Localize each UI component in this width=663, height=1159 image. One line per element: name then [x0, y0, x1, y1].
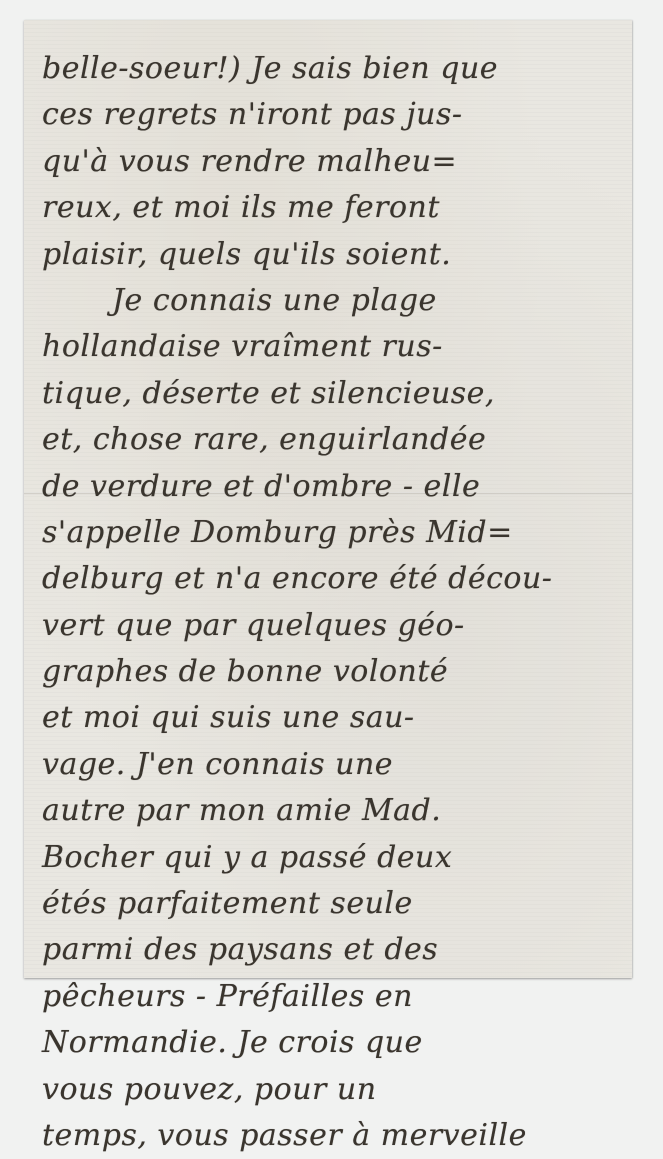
paragraph-start-line: Je connais une plage [42, 278, 618, 324]
text-line: vert que par quelques géo- [42, 603, 618, 649]
text-line: parmi des paysans et des [42, 927, 618, 973]
text-line: reux, et moi ils me feront [42, 185, 618, 231]
text-line: étés parfaitement seule [42, 881, 618, 927]
text-line: et moi qui suis une sau- [42, 695, 618, 741]
text-line: ces regrets n'iront pas jus- [42, 92, 618, 138]
text-line: hollandaise vraîment rus- [42, 324, 618, 370]
text-line: pêcheurs - Préfailles en [42, 974, 618, 1000]
text-line: Bocher qui y a passé deux [42, 835, 618, 881]
letter-page: belle-soeur!) Je sais bien que ces regre… [24, 20, 632, 978]
text-line: delburg et n'a encore été décou- [42, 556, 618, 602]
text-line: qu'à vous rendre malheu= [42, 139, 618, 185]
text-line: belle-soeur!) Je sais bien que [42, 46, 618, 92]
text-line: autre par mon amie Mad. [42, 788, 618, 834]
text-line: plaisir, quels qu'ils soient. [42, 232, 618, 278]
handwritten-text: belle-soeur!) Je sais bien que ces regre… [42, 46, 618, 1000]
text-line: graphes de bonne volonté [42, 649, 618, 695]
text-line: vage. J'en connais une [42, 742, 618, 788]
text-line: et, chose rare, enguirlandée [42, 417, 618, 463]
text-line: de verdure et d'ombre - elle [42, 464, 618, 510]
text-line: tique, déserte et silencieuse, [42, 371, 618, 417]
text-line: s'appelle Domburg près Mid= [42, 510, 618, 556]
